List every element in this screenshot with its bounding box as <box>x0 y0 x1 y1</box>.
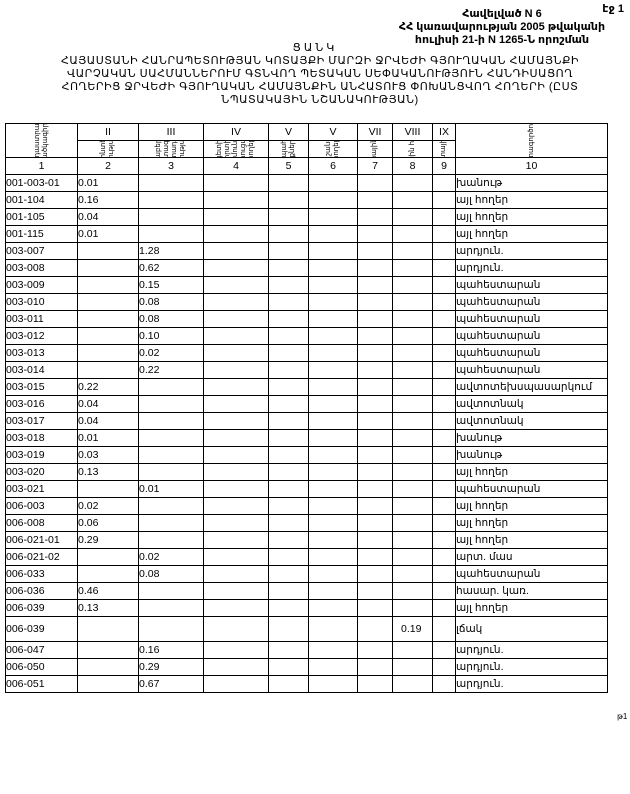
agricultural-area-cell <box>78 243 139 260</box>
energy-area-cell <box>204 226 269 243</box>
water-area-cell <box>393 362 433 379</box>
special-area-cell <box>309 617 358 642</box>
reserve-area-cell <box>433 362 456 379</box>
energy-area-cell <box>204 175 269 192</box>
protected-area-cell <box>269 447 309 464</box>
approval-line: Հավելված N 6 <box>382 8 622 21</box>
agricultural-area-cell: 0.01 <box>78 430 139 447</box>
water-area-cell <box>393 243 433 260</box>
table-row: 006-021-010.29այլ հողեր <box>6 532 608 549</box>
cadastral-code-cell: 003-019 <box>6 447 78 464</box>
energy-area-cell <box>204 209 269 226</box>
agricultural-area-cell <box>78 277 139 294</box>
water-area-cell <box>393 260 433 277</box>
special-area-cell <box>309 430 358 447</box>
table-row: 006-0080.06այլ հողեր <box>6 515 608 532</box>
table-row: 003-0120.10պահեստարան <box>6 328 608 345</box>
reserve-area-cell <box>433 481 456 498</box>
protected-area-cell <box>269 311 309 328</box>
reserve-area-cell <box>433 566 456 583</box>
table-row: 003-0180.01խանութ <box>6 430 608 447</box>
reserve-area-cell <box>433 243 456 260</box>
reserve-area-cell <box>433 549 456 566</box>
industrial-area-cell <box>139 430 204 447</box>
water-area-cell <box>393 481 433 498</box>
agricultural-area-cell: 0.01 <box>78 226 139 243</box>
agricultural-area-cell <box>78 328 139 345</box>
protected-area-cell <box>269 209 309 226</box>
special-area-cell <box>309 328 358 345</box>
forest-area-cell <box>358 549 393 566</box>
column-number: 7 <box>358 158 393 175</box>
table-row: 006-0330.08պահեստարան <box>6 566 608 583</box>
cadastral-code-cell: 003-020 <box>6 464 78 481</box>
energy-area-cell <box>204 192 269 209</box>
land-use-cell: պահեստարան <box>456 294 608 311</box>
energy-area-cell <box>204 447 269 464</box>
cadastral-code-cell: 006-039 <box>6 600 78 617</box>
industrial-area-cell <box>139 413 204 430</box>
table-row: 003-0130.02պահեստարան <box>6 345 608 362</box>
special-area-cell <box>309 379 358 396</box>
agricultural-area-cell: 0.01 <box>78 175 139 192</box>
special-area-cell <box>309 311 358 328</box>
forest-area-cell <box>358 642 393 659</box>
reserve-area-cell <box>433 515 456 532</box>
land-use-cell: արդյուն. <box>456 659 608 676</box>
column-header: Անտառային հողեր <box>358 141 393 158</box>
agricultural-area-cell <box>78 481 139 498</box>
column-roman-number: VIII <box>393 124 433 141</box>
document-label: ՑԱՆԿ <box>0 41 630 54</box>
forest-area-cell <box>358 498 393 515</box>
reserve-area-cell <box>433 277 456 294</box>
special-area-cell <box>309 192 358 209</box>
water-area-cell <box>393 566 433 583</box>
forest-area-cell <box>358 277 393 294</box>
special-area-cell <box>309 260 358 277</box>
protected-area-cell <box>269 243 309 260</box>
forest-area-cell <box>358 481 393 498</box>
reserve-area-cell <box>433 260 456 277</box>
land-use-cell: այլ հողեր <box>456 498 608 515</box>
forest-area-cell <box>358 676 393 693</box>
agricultural-area-cell <box>78 642 139 659</box>
column-roman-number: V <box>309 124 358 141</box>
land-use-cell: պահեստարան <box>456 311 608 328</box>
reserve-area-cell <box>433 311 456 328</box>
agricultural-area-cell: 0.13 <box>78 600 139 617</box>
land-use-cell: լճակ <box>456 617 608 642</box>
water-area-cell <box>393 430 433 447</box>
column-roman-number: III <box>139 124 204 141</box>
energy-area-cell <box>204 311 269 328</box>
water-area-cell <box>393 413 433 430</box>
water-area-cell <box>393 226 433 243</box>
special-area-cell <box>309 600 358 617</box>
column-header: Արդյունաբերության, ընդերքօգտագործման և ա… <box>139 141 204 158</box>
reserve-area-cell <box>433 345 456 362</box>
reserve-area-cell <box>433 192 456 209</box>
special-area-cell <box>309 277 358 294</box>
column-number: 2 <box>78 158 139 175</box>
protected-area-cell <box>269 642 309 659</box>
reserve-area-cell <box>433 209 456 226</box>
energy-area-cell <box>204 430 269 447</box>
special-area-cell <box>309 676 358 693</box>
energy-area-cell <box>204 345 269 362</box>
table-row: 003-0080.62արդյուն. <box>6 260 608 277</box>
reserve-area-cell <box>433 447 456 464</box>
land-use-cell: պահեստարան <box>456 481 608 498</box>
protected-area-cell <box>269 676 309 693</box>
special-area-cell <box>309 464 358 481</box>
cadastral-code-cell: 003-010 <box>6 294 78 311</box>
energy-area-cell <box>204 243 269 260</box>
cadastral-code-cell: 006-033 <box>6 566 78 583</box>
cadastral-code-cell: 006-003 <box>6 498 78 515</box>
column-header: Ջրային հողեր <box>393 141 433 158</box>
water-area-cell <box>393 447 433 464</box>
protected-area-cell <box>269 277 309 294</box>
agricultural-area-cell: 0.06 <box>78 515 139 532</box>
column-title: Արդյունաբերության, ընդերքօգտագործման և ա… <box>155 141 187 158</box>
cadastral-code-cell: 006-021-02 <box>6 549 78 566</box>
energy-area-cell <box>204 498 269 515</box>
reserve-area-cell <box>433 642 456 659</box>
land-use-cell: պահեստարան <box>456 345 608 362</box>
energy-area-cell <box>204 464 269 481</box>
special-area-cell <box>309 642 358 659</box>
energy-area-cell <box>204 328 269 345</box>
special-area-cell <box>309 583 358 600</box>
agricultural-area-cell: 0.04 <box>78 413 139 430</box>
forest-area-cell <box>358 260 393 277</box>
land-use-cell: արդյուն. <box>456 676 608 693</box>
forest-area-cell <box>358 311 393 328</box>
industrial-area-cell <box>139 447 204 464</box>
cadastral-code-cell: 003-021 <box>6 481 78 498</box>
energy-area-cell <box>204 481 269 498</box>
water-area-cell <box>393 659 433 676</box>
water-area-cell <box>393 549 433 566</box>
table-row: 003-0100.08պահեստարան <box>6 294 608 311</box>
special-area-cell <box>309 532 358 549</box>
cadastral-code-cell: 003-012 <box>6 328 78 345</box>
column-number: 8 <box>393 158 433 175</box>
land-use-cell: խանութ <box>456 175 608 192</box>
cadastral-code-cell: 003-014 <box>6 362 78 379</box>
industrial-area-cell <box>139 192 204 209</box>
industrial-area-cell: 0.08 <box>139 294 204 311</box>
forest-area-cell <box>358 396 393 413</box>
energy-area-cell <box>204 583 269 600</box>
table-row: 006-0510.67արդյուն. <box>6 676 608 693</box>
margin-mark: թ1 <box>617 712 627 721</box>
column-title: Ջրային հողեր <box>409 141 417 158</box>
land-use-cell: այլ հողեր <box>456 464 608 481</box>
table-row: 003-0071.28արդյուն. <box>6 243 608 260</box>
column-header: Պահուստային հողեր <box>433 141 456 158</box>
protected-area-cell <box>269 260 309 277</box>
column-number: 9 <box>433 158 456 175</box>
industrial-area-cell: 0.29 <box>139 659 204 676</box>
table-row: 003-0150.22ավտոտեխսպասարկում <box>6 379 608 396</box>
forest-area-cell <box>358 447 393 464</box>
agricultural-area-cell: 0.46 <box>78 583 139 600</box>
industrial-area-cell: 0.10 <box>139 328 204 345</box>
column-title: Պահուստային հողեր <box>440 141 448 158</box>
industrial-area-cell: 0.08 <box>139 311 204 328</box>
agricultural-area-cell <box>78 311 139 328</box>
industrial-area-cell <box>139 583 204 600</box>
protected-area-cell <box>269 566 309 583</box>
table-row: 003-0160.04ավտոտնակ <box>6 396 608 413</box>
column-header: Գյուղատնտեսական նշանակության հողեր <box>78 141 139 158</box>
forest-area-cell <box>358 430 393 447</box>
forest-area-cell <box>358 583 393 600</box>
land-use-cell: ավտոտնակ <box>456 413 608 430</box>
forest-area-cell <box>358 617 393 642</box>
forest-area-cell <box>358 192 393 209</box>
energy-area-cell <box>204 260 269 277</box>
water-area-cell <box>393 498 433 515</box>
agricultural-area-cell <box>78 659 139 676</box>
land-use-cell: ավտոտեխսպասարկում <box>456 379 608 396</box>
protected-area-cell <box>269 294 309 311</box>
agricultural-area-cell: 0.04 <box>78 209 139 226</box>
land-use-cell: այլ հողեր <box>456 532 608 549</box>
column-title: Հատուկ պահպանվող տարածքների հողեր <box>281 141 297 158</box>
industrial-area-cell <box>139 175 204 192</box>
special-area-cell <box>309 362 358 379</box>
table-row: 003-0110.08պահեստարան <box>6 311 608 328</box>
cadastral-code-cell: 006-021-01 <box>6 532 78 549</box>
water-area-cell <box>393 396 433 413</box>
agricultural-area-cell <box>78 676 139 693</box>
forest-area-cell <box>358 600 393 617</box>
column-roman-number: IV <box>204 124 269 141</box>
special-area-cell <box>309 209 358 226</box>
water-area-cell <box>393 583 433 600</box>
forest-area-cell <box>358 659 393 676</box>
water-area-cell <box>393 676 433 693</box>
industrial-area-cell <box>139 396 204 413</box>
agricultural-area-cell <box>78 566 139 583</box>
column-number: 1 <box>6 158 78 175</box>
protected-area-cell <box>269 379 309 396</box>
column-title: Կադաստրային ծածկագիրը <box>34 124 50 158</box>
protected-area-cell <box>269 345 309 362</box>
reserve-area-cell <box>433 413 456 430</box>
table-row: 003-0170.04ավտոտնակ <box>6 413 608 430</box>
water-area-cell <box>393 192 433 209</box>
energy-area-cell <box>204 600 269 617</box>
cadastral-code-cell: 001-104 <box>6 192 78 209</box>
water-area-cell <box>393 277 433 294</box>
water-area-cell <box>393 345 433 362</box>
land-use-cell: արդյուն. <box>456 243 608 260</box>
column-header: Էներգետիկայի, տրանսպորտի, կապի և կոմունա… <box>204 141 269 158</box>
protected-area-cell <box>269 413 309 430</box>
energy-area-cell <box>204 642 269 659</box>
water-area-cell <box>393 311 433 328</box>
industrial-area-cell: 0.02 <box>139 345 204 362</box>
column-title: Գյուղատնտեսական նշանակության հողեր <box>100 141 116 158</box>
approval-line: ՀՀ կառավարության 2005 թվականի <box>382 21 622 34</box>
reserve-area-cell <box>433 328 456 345</box>
table-row: 006-0390.19լճակ <box>6 617 608 642</box>
industrial-area-cell <box>139 600 204 617</box>
document-title: ՀԱՅԱՍՏԱՆԻ ՀԱՆՐԱՊԵՏՈՒԹՅԱՆ ԿՈՏԱՅՔԻ ՄԱՐԶԻ Ջ… <box>40 55 600 107</box>
forest-area-cell <box>358 226 393 243</box>
reserve-area-cell <box>433 532 456 549</box>
forest-area-cell <box>358 175 393 192</box>
water-area-cell <box>393 532 433 549</box>
special-area-cell <box>309 226 358 243</box>
column-title: Օգտագործումը <box>528 124 536 158</box>
protected-area-cell <box>269 430 309 447</box>
agricultural-area-cell: 0.03 <box>78 447 139 464</box>
special-area-cell <box>309 498 358 515</box>
reserve-area-cell <box>433 379 456 396</box>
column-title: Էներգետիկայի, տրանսպորտի, կապի և կոմունա… <box>216 141 256 158</box>
table-row: 006-0390.13այլ հողեր <box>6 600 608 617</box>
protected-area-cell <box>269 583 309 600</box>
protected-area-cell <box>269 481 309 498</box>
cadastral-code-cell: 003-018 <box>6 430 78 447</box>
reserve-area-cell <box>433 498 456 515</box>
protected-area-cell <box>269 498 309 515</box>
industrial-area-cell: 0.67 <box>139 676 204 693</box>
protected-area-cell <box>269 659 309 676</box>
forest-area-cell <box>358 413 393 430</box>
industrial-area-cell: 1.28 <box>139 243 204 260</box>
land-use-cell: այլ հողեր <box>456 515 608 532</box>
protected-area-cell <box>269 226 309 243</box>
water-area-cell <box>393 464 433 481</box>
industrial-area-cell: 0.15 <box>139 277 204 294</box>
industrial-area-cell: 0.08 <box>139 566 204 583</box>
water-area-cell <box>393 175 433 192</box>
energy-area-cell <box>204 515 269 532</box>
industrial-area-cell <box>139 464 204 481</box>
cadastral-code-cell: 001-115 <box>6 226 78 243</box>
forest-area-cell <box>358 209 393 226</box>
energy-area-cell <box>204 413 269 430</box>
agricultural-area-cell: 0.04 <box>78 396 139 413</box>
energy-area-cell <box>204 659 269 676</box>
special-area-cell <box>309 175 358 192</box>
agricultural-area-cell <box>78 362 139 379</box>
special-area-cell <box>309 481 358 498</box>
reserve-area-cell <box>433 464 456 481</box>
protected-area-cell <box>269 464 309 481</box>
industrial-area-cell: 0.22 <box>139 362 204 379</box>
water-area-cell <box>393 294 433 311</box>
reserve-area-cell <box>433 175 456 192</box>
special-area-cell <box>309 515 358 532</box>
land-use-cell: այլ հողեր <box>456 226 608 243</box>
land-use-cell: խանութ <box>456 430 608 447</box>
protected-area-cell <box>269 515 309 532</box>
land-use-cell: ավտոտնակ <box>456 396 608 413</box>
special-area-cell <box>309 294 358 311</box>
land-use-cell: պահեստարան <box>456 328 608 345</box>
column-number: 6 <box>309 158 358 175</box>
cadastral-code-cell: 006-050 <box>6 659 78 676</box>
industrial-area-cell <box>139 498 204 515</box>
table-row: 006-0030.02այլ հողեր <box>6 498 608 515</box>
land-table: Կադաստրային ծածկագիրըIIIIIIVVVVIIVIIIIXՕ… <box>5 123 608 693</box>
industrial-area-cell: 0.01 <box>139 481 204 498</box>
table-row: 003-0210.01պահեստարան <box>6 481 608 498</box>
cadastral-code-cell: 006-047 <box>6 642 78 659</box>
table-row: 001-1050.04այլ հողեր <box>6 209 608 226</box>
water-area-cell <box>393 515 433 532</box>
energy-area-cell <box>204 566 269 583</box>
cadastral-code-cell: 003-015 <box>6 379 78 396</box>
table-row: 003-0190.03խանութ <box>6 447 608 464</box>
protected-area-cell <box>269 549 309 566</box>
column-number: 5 <box>269 158 309 175</box>
industrial-area-cell: 0.02 <box>139 549 204 566</box>
water-area-cell <box>393 209 433 226</box>
forest-area-cell <box>358 345 393 362</box>
forest-area-cell <box>358 464 393 481</box>
land-use-cell: պահեստարան <box>456 277 608 294</box>
special-area-cell <box>309 447 358 464</box>
column-title: Հատուկ նշանակության հողեր <box>325 141 341 158</box>
table-row: 003-0200.13այլ հողեր <box>6 464 608 481</box>
cadastral-code-cell: 003-008 <box>6 260 78 277</box>
agricultural-area-cell <box>78 617 139 642</box>
agricultural-area-cell: 0.29 <box>78 532 139 549</box>
protected-area-cell <box>269 600 309 617</box>
cadastral-code-cell: 001-003-01 <box>6 175 78 192</box>
column-header: Հատուկ պահպանվող տարածքների հողեր <box>269 141 309 158</box>
agricultural-area-cell: 0.22 <box>78 379 139 396</box>
column-title: Անտառային հողեր <box>371 141 379 158</box>
column-roman-number: IX <box>433 124 456 141</box>
energy-area-cell <box>204 549 269 566</box>
land-use-cell: խանութ <box>456 447 608 464</box>
land-use-cell: պահեստարան <box>456 362 608 379</box>
industrial-area-cell <box>139 515 204 532</box>
land-use-cell: հասար. կառ. <box>456 583 608 600</box>
special-area-cell <box>309 345 358 362</box>
column-header: Հատուկ նշանակության հողեր <box>309 141 358 158</box>
agricultural-area-cell <box>78 549 139 566</box>
special-area-cell <box>309 566 358 583</box>
industrial-area-cell <box>139 209 204 226</box>
protected-area-cell <box>269 362 309 379</box>
industrial-area-cell: 0.16 <box>139 642 204 659</box>
cadastral-code-cell: 006-008 <box>6 515 78 532</box>
land-use-cell: արդյուն. <box>456 260 608 277</box>
cadastral-code-cell: 003-007 <box>6 243 78 260</box>
special-area-cell <box>309 413 358 430</box>
column-number: 3 <box>139 158 204 175</box>
column-header: Կադաստրային ծածկագիրը <box>6 124 78 158</box>
reserve-area-cell <box>433 676 456 693</box>
cadastral-code-cell: 006-039 <box>6 617 78 642</box>
table-row: 006-0470.16արդյուն. <box>6 642 608 659</box>
column-roman-number: VII <box>358 124 393 141</box>
cadastral-code-cell: 003-017 <box>6 413 78 430</box>
cadastral-code-cell: 003-009 <box>6 277 78 294</box>
column-number: 4 <box>204 158 269 175</box>
